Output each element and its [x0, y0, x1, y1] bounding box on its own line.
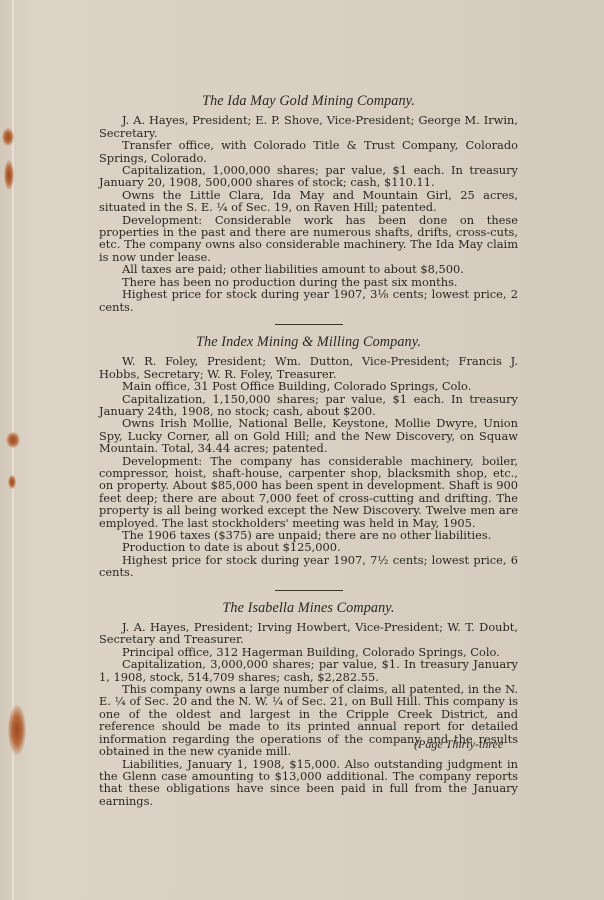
page-content: The Ida May Gold Mining Company. J. A. H…: [99, 95, 518, 807]
paragraph: Owns the Little Clara, Ida May and Mount…: [99, 189, 518, 214]
paragraph: Capitalization, 1,000,000 shares; par va…: [99, 164, 518, 189]
paragraph: J. A. Hayes, President; Irving Howbert, …: [99, 621, 518, 646]
paragraph: Capitalization, 3,000,000 shares; par va…: [99, 658, 518, 683]
rust-stain: [4, 160, 14, 190]
paragraph: Capitalization, 1,150,000 shares; par va…: [99, 393, 518, 418]
section-divider: [275, 324, 343, 325]
book-page: The Ida May Gold Mining Company. J. A. H…: [0, 0, 604, 900]
rust-stain: [8, 705, 26, 755]
rust-stain: [2, 128, 14, 146]
rust-stain: [6, 432, 20, 448]
paragraph: Development: Considerable work has been …: [99, 214, 518, 264]
section-title: The Isabella Mines Company.: [99, 602, 518, 614]
page-number: (Page Thirty-three: [414, 737, 503, 752]
paragraph: Owns Irish Mollie, National Belle, Keyst…: [99, 417, 518, 454]
paragraph: Highest price for stock during year 1907…: [99, 554, 518, 579]
paragraph: Main office, 31 Post Office Building, Co…: [99, 380, 518, 392]
rust-stain: [8, 475, 16, 489]
section-title: The Ida May Gold Mining Company.: [99, 95, 518, 107]
section-title: The Index Mining & Milling Company.: [99, 336, 518, 348]
paragraph: J. A. Hayes, President; E. P. Shove, Vic…: [99, 114, 518, 139]
paragraph: Development: The company has considerabl…: [99, 455, 518, 529]
company-section-isabella: The Isabella Mines Company. J. A. Hayes,…: [99, 602, 518, 808]
company-section-ida-may: The Ida May Gold Mining Company. J. A. H…: [99, 95, 518, 313]
company-section-index: The Index Mining & Milling Company. W. R…: [99, 336, 518, 579]
paragraph: Liabilities, January 1, 1908, $15,000. A…: [99, 758, 518, 808]
paragraph: W. R. Foley, President; Wm. Dutton, Vice…: [99, 355, 518, 380]
paragraph: Transfer office, with Colorado Title & T…: [99, 139, 518, 164]
paragraph: Highest price for stock during year 1907…: [99, 288, 518, 313]
section-divider: [275, 590, 343, 591]
paragraph: All taxes are paid; other liabilities am…: [99, 263, 518, 275]
paragraph: Production to date is about $125,000.: [99, 541, 518, 553]
